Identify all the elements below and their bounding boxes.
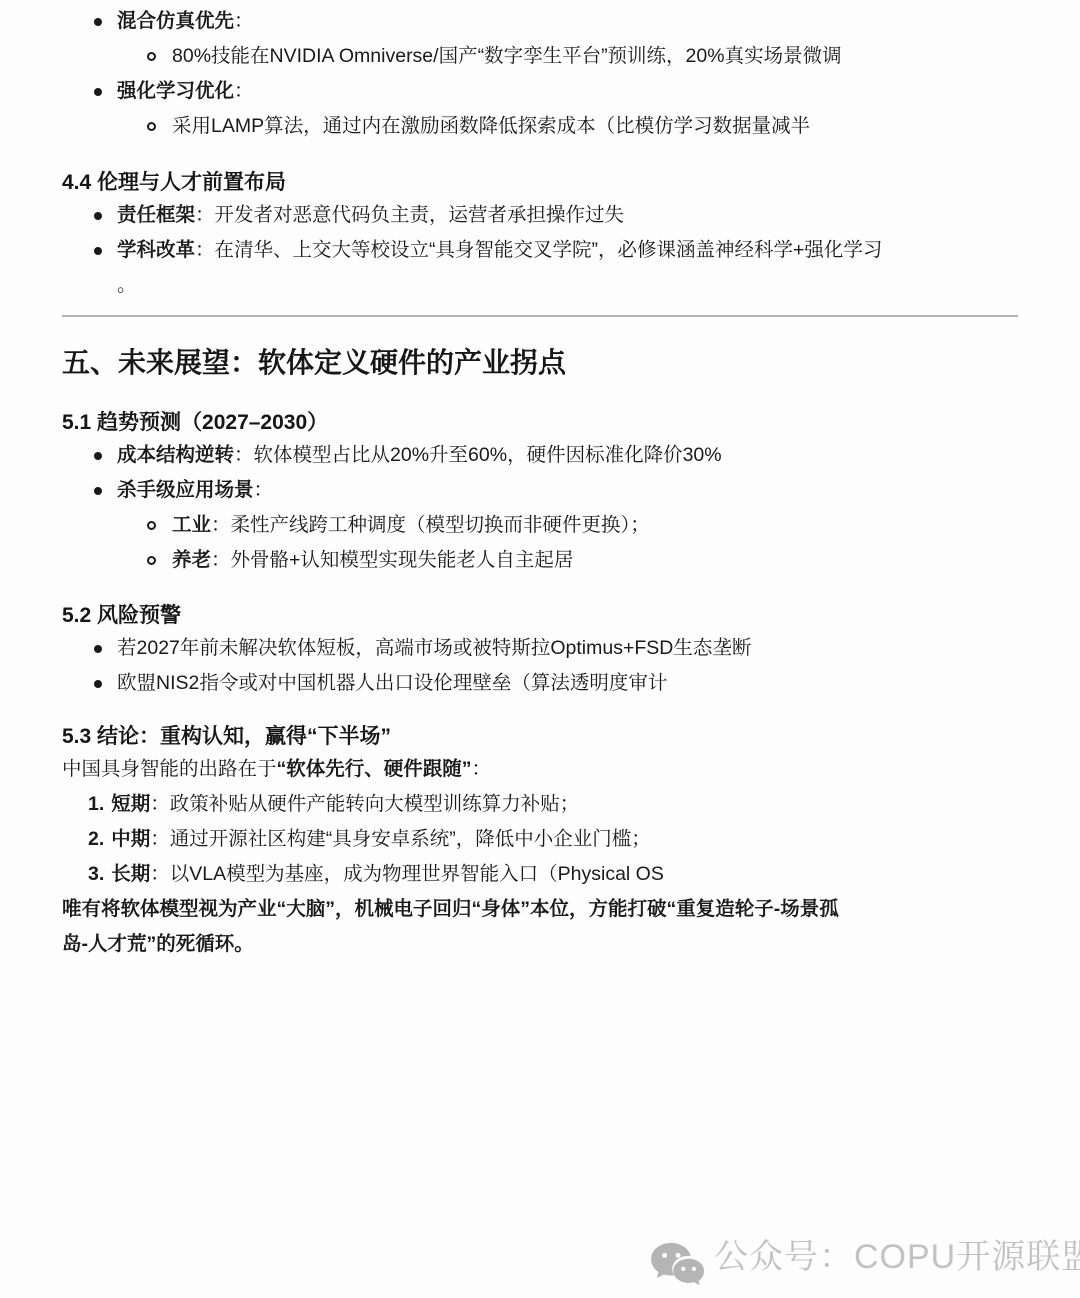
intro-strong: “软体先行、硬件跟随” [277,758,472,780]
item-number: 1. [88,787,104,822]
list-item-discipline-reform: 学科改革：在清华、上交大等校设立“具身智能交叉学院”，必修课涵盖神经科学+强化学… [62,233,1018,303]
list-text: 柔性产线跨工种调度（模型切换而非硬件更换）； [231,514,650,536]
item-text: 政策补贴从硬件产能转向大模型训练算力补贴； [170,793,580,815]
list-item-cost-structure: 成本结构逆转：软体模型占比从20%升至60%，硬件因标准化降价30% [62,438,1018,473]
ordered-item-short-term: 1.短期：政策补贴从硬件产能转向大模型训练算力补贴； [62,787,1018,822]
item-term: 中期 [111,828,150,850]
item-term: 长期 [111,863,150,885]
list-term: 养老 [172,549,211,571]
final-note: 唯有将软体模型视为产业“大脑”，机械电子回归“身体”本位，方能打破“重复造轮子-… [62,892,844,962]
heading-4-4: 4.4 伦理与人才前置布局 [62,168,1018,198]
list-item-hybrid-sim: 混合仿真优先： [62,4,1018,39]
list-subitem-sim-detail: 80%技能在NVIDIA Omniverse/国产“数字孪生平台”预训练，20%… [62,39,1018,74]
item-number: 3. [88,857,104,892]
list-item-risk-nis2: 欧盟NIS2指令或对中国机器人出口设伦理壁垒（算法透明度审计 [62,666,1018,701]
list-subitem-rl-detail: 采用LAMP算法，通过内在激励函数降低探索成本（比模仿学习数据量减半 [62,109,1018,144]
list-item-killer-apps: 杀手级应用场景： [62,473,1018,508]
document-page: 公众号：COPU开源联盟 混合仿真优先： 80%技能在NVIDIA Omnive… [0,0,1080,1298]
item-colon: ： [150,863,170,885]
document-body: 混合仿真优先： 80%技能在NVIDIA Omniverse/国产“数字孪生平台… [0,0,1080,962]
list-text: 外骨骼+认知模型实现失能老人自主起居 [231,549,574,571]
list-text: 在清华、上交大等校设立“具身智能交叉学院”，必修课涵盖神经科学+强化学习 [215,239,883,261]
list-colon: ： [234,444,254,466]
intro-post: ： [472,758,492,780]
conclusion-intro: 中国具身智能的出路在于“软体先行、硬件跟随”： [62,752,1018,787]
list-colon: ： [195,204,215,226]
list-text: 软体模型占比从20%升至60%，硬件因标准化降价30% [254,444,722,466]
list-term: 工业 [172,514,211,536]
list-item-rl-optimize: 强化学习优化： [62,74,1018,109]
heading-5-1: 5.1 趋势预测（2027–2030） [62,408,1018,438]
list-subitem-eldercare: 养老：外骨骼+认知模型实现失能老人自主起居 [62,543,1018,578]
item-text: 以VLA模型为基座，成为物理世界智能入口（Physical OS [170,863,664,885]
list-text: 开发者对恶意代码负主责，运营者承担操作过失 [215,204,625,226]
list-term: 强化学习优化 [117,80,234,102]
list-text: 采用LAMP算法，通过内在激励函数降低探索成本（比模仿学习数据量减半 [172,115,810,137]
list-colon: ： [211,514,231,536]
watermark-text: 公众号：COPU开源联盟 [714,1234,1080,1280]
list-text: 80%技能在NVIDIA Omniverse/国产“数字孪生平台”预训练，20%… [172,45,842,67]
list-colon: ： [234,10,254,32]
watermark: 公众号：COPU开源联盟 [650,1234,1080,1292]
list-colon: ： [211,549,231,571]
item-colon: ： [150,828,170,850]
list-term: 成本结构逆转 [117,444,234,466]
list-colon: ： [195,239,215,261]
list-term: 杀手级应用场景 [117,479,254,501]
list-term: 混合仿真优先 [117,10,234,32]
item-number: 2. [88,822,104,857]
item-term: 短期 [111,793,150,815]
intro-pre: 中国具身智能的出路在于 [62,758,277,780]
section-divider [62,315,1018,317]
heading-section-5: 五、未来展望：软体定义硬件的产业拐点 [62,343,1018,383]
list-text-wrap: 。 [117,268,1018,303]
item-colon: ： [150,793,170,815]
list-text: 欧盟NIS2指令或对中国机器人出口设伦理壁垒（算法透明度审计 [117,672,667,694]
list-subitem-industry: 工业：柔性产线跨工种调度（模型切换而非硬件更换）； [62,508,1018,543]
list-text: 若2027年前未解决软体短板，高端市场或被特斯拉Optimus+FSD生态垄断 [117,637,751,659]
list-term: 学科改革 [117,239,195,261]
ordered-item-mid-term: 2.中期：通过开源社区构建“具身安卓系统”，降低中小企业门槛； [62,822,1018,857]
heading-5-2: 5.2 风险预警 [62,601,1018,631]
list-colon: ： [254,479,274,501]
list-item-responsibility: 责任框架：开发者对恶意代码负主责，运营者承担操作过失 [62,198,1018,233]
heading-5-3: 5.3 结论：重构认知，赢得“下半场” [62,722,1018,752]
list-term: 责任框架 [117,204,195,226]
list-colon: ： [234,80,254,102]
list-item-risk-tesla: 若2027年前未解决软体短板，高端市场或被特斯拉Optimus+FSD生态垄断 [62,631,1018,666]
item-text: 通过开源社区构建“具身安卓系统”，降低中小企业门槛； [170,828,651,850]
ordered-item-long-term: 3.长期：以VLA模型为基座，成为物理世界智能入口（Physical OS [62,857,1018,892]
wechat-icon [650,1240,708,1292]
